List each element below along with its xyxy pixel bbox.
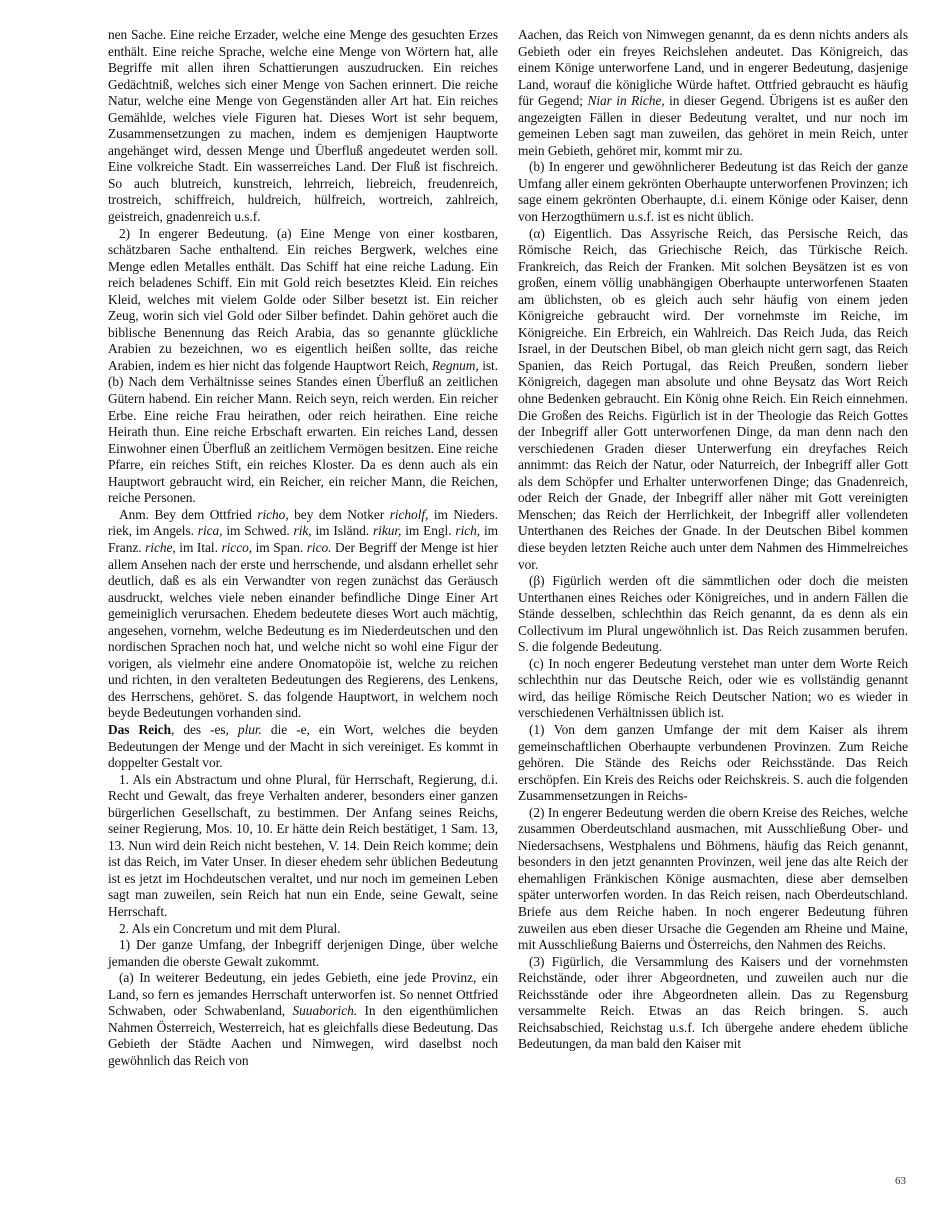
italic-term: Suuaborich. — [293, 1003, 358, 1018]
paragraph: 1) Der ganze Umfang, der Inbegriff derje… — [108, 937, 498, 970]
right-column: Aachen, das Reich von Nimwegen genannt, … — [518, 27, 908, 1053]
paragraph: (2) In engerer Bedeutung werden die ober… — [518, 805, 908, 954]
paragraph: Das Reich, des -es, plur. die -e, ein Wo… — [108, 722, 498, 772]
paragraph: nen Sache. Eine reiche Erzader, welche e… — [108, 27, 498, 226]
text-run: (c) In noch engerer Bedeutung verstehet … — [518, 656, 908, 721]
text-run: im Ital. — [176, 540, 222, 555]
page-number: 63 — [880, 1175, 906, 1187]
italic-term: ricco, — [221, 540, 252, 555]
italic-term: Regnum, — [432, 358, 479, 373]
italic-term: rica, — [198, 523, 223, 538]
text-run: ist. (b) Nach dem Verhältnisse seines St… — [108, 358, 498, 505]
italic-term: richo, — [257, 507, 288, 522]
text-run: im Schwed. — [222, 523, 293, 538]
italic-term: richolf, — [390, 507, 429, 522]
text-run: (b) In engerer und gewöhnlicherer Bedeut… — [518, 159, 908, 224]
text-run: nen Sache. Eine reiche Erzader, welche e… — [108, 27, 498, 224]
text-run: 1. Als ein Abstractum und ohne Plural, f… — [108, 772, 498, 919]
paragraph: 2. Als ein Concretum und mit dem Plural. — [108, 921, 498, 938]
paragraph: Anm. Bey dem Ottfried richo, bey dem Not… — [108, 507, 498, 722]
italic-term: rik, — [294, 523, 312, 538]
text-run: 2) In engerer Bedeutung. (a) Eine Menge … — [108, 226, 498, 373]
text-run: im Span. — [252, 540, 307, 555]
italic-term: Niar in Riche, — [587, 93, 664, 108]
text-run: 2. Als ein Concretum und mit dem Plural. — [119, 921, 341, 936]
paragraph: Aachen, das Reich von Nimwegen genannt, … — [518, 27, 908, 159]
text-run: Der Begriff der Menge ist hier allem Ans… — [108, 540, 498, 720]
text-run: (3) Figürlich, die Versammlung des Kaise… — [518, 954, 908, 1052]
text-run: (β) Figürlich werden oft die sämmtlichen… — [518, 573, 908, 654]
italic-term: rich, — [455, 523, 480, 538]
document-page: nen Sache. Eine reiche Erzader, welche e… — [0, 0, 935, 1210]
text-run: (1) Von dem ganzen Umfange der mit dem K… — [518, 722, 908, 803]
text-run: (α) Eigentlich. Das Assyrische Reich, da… — [518, 226, 908, 572]
italic-term: rikur, — [373, 523, 401, 538]
paragraph: (a) In weiterer Bedeutung, ein jedes Geb… — [108, 970, 498, 1069]
paragraph: (c) In noch engerer Bedeutung verstehet … — [518, 656, 908, 722]
paragraph: (α) Eigentlich. Das Assyrische Reich, da… — [518, 226, 908, 573]
paragraph: (1) Von dem ganzen Umfange der mit dem K… — [518, 722, 908, 805]
paragraph: (b) In engerer und gewöhnlicherer Bedeut… — [518, 159, 908, 225]
text-run: Anm. Bey dem Ottfried — [119, 507, 257, 522]
italic-term: riche, — [145, 540, 176, 555]
text-run: 1) Der ganze Umfang, der Inbegriff derje… — [108, 937, 498, 969]
left-column: nen Sache. Eine reiche Erzader, welche e… — [108, 27, 498, 1069]
paragraph: 1. Als ein Abstractum und ohne Plural, f… — [108, 772, 498, 921]
paragraph: (3) Figürlich, die Versammlung des Kaise… — [518, 954, 908, 1053]
paragraph: 2) In engerer Bedeutung. (a) Eine Menge … — [108, 226, 498, 507]
text-run: (2) In engerer Bedeutung werden die ober… — [518, 805, 908, 952]
italic-term: plur. — [238, 722, 262, 737]
text-run: im Engl. — [401, 523, 455, 538]
headword: Das Reich — [108, 722, 171, 737]
italic-term: rico. — [307, 540, 332, 555]
text-run: bey dem Notker — [289, 507, 390, 522]
text-run: im Isländ. — [312, 523, 373, 538]
text-run: , des -es, — [171, 722, 238, 737]
paragraph: (β) Figürlich werden oft die sämmtlichen… — [518, 573, 908, 656]
